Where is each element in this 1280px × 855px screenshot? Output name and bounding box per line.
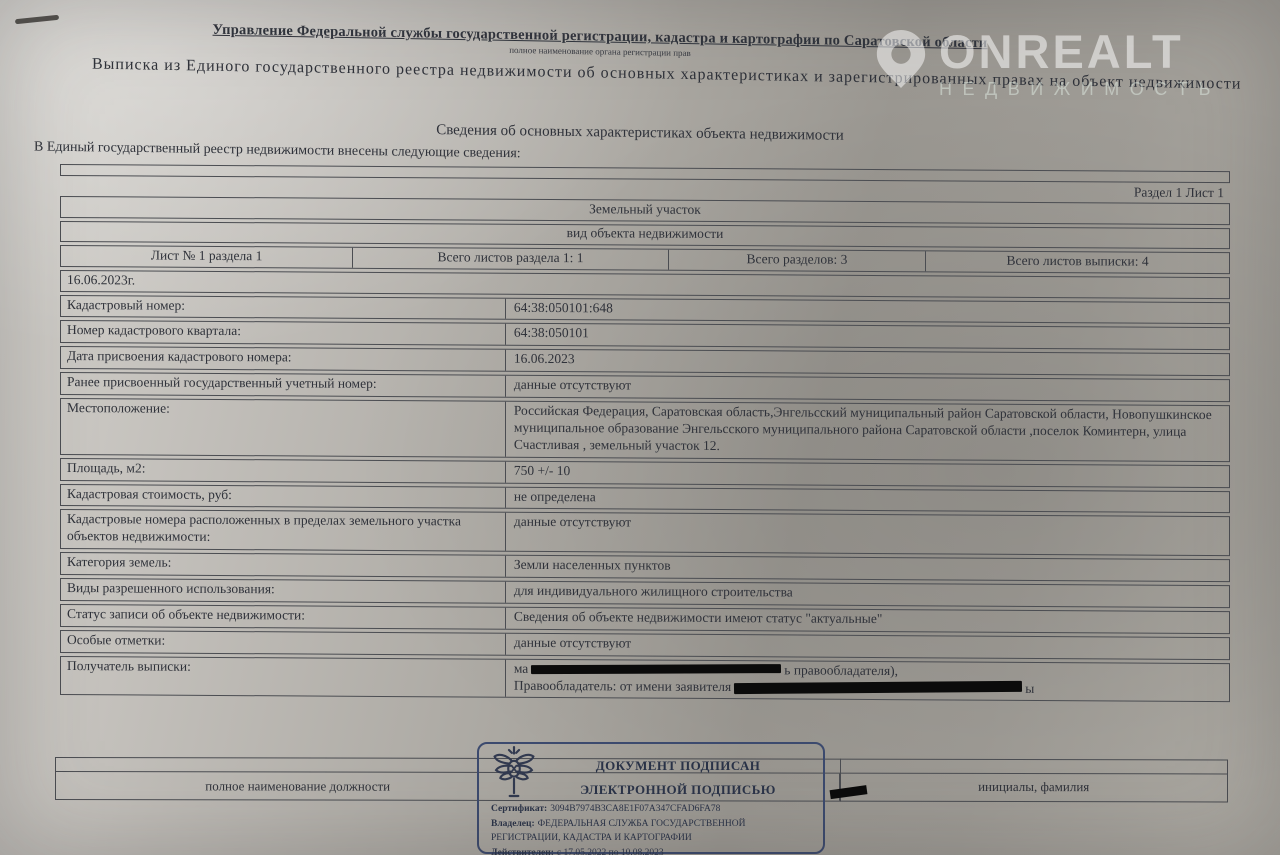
rosreestr-emblem-icon	[491, 744, 537, 807]
table-row: Кадастровая стоимость, руб: не определен…	[60, 484, 1230, 514]
stamp-validity: Действителен:с 17.05.2022 по 10.08.2023	[491, 846, 807, 855]
main-table: Раздел 1 Лист 1 Земельный участок вид об…	[60, 164, 1230, 706]
row-label: Кадастровый номер:	[61, 296, 505, 320]
receiver-line-2: Правообладатель: от имени заявителяы	[514, 677, 1223, 698]
sheet-info-cell: Всего листов раздела 1: 1	[352, 248, 668, 270]
row-value: Российская Федерация, Саратовская област…	[505, 402, 1229, 461]
row-label: Площадь, м2:	[61, 459, 505, 483]
row-label: Ранее присвоенный государственный учетны…	[61, 373, 505, 397]
redaction-bar	[734, 681, 1022, 694]
row-label: Особые отметки:	[61, 631, 505, 655]
sheet-info-cell: Всего разделов: 3	[668, 249, 925, 270]
row-label: Виды разрешенного использования:	[61, 579, 505, 603]
document-photo: Управление Федеральной службы государств…	[0, 0, 1280, 855]
receiver-text: ы	[1025, 680, 1034, 695]
row-value: Сведения об объекте недвижимости имеют с…	[505, 608, 1229, 633]
sheet-info-row: Лист № 1 раздела 1 Всего листов раздела …	[60, 245, 1230, 274]
stamp-owner: Владелец:ФЕДЕРАЛЬНАЯ СЛУЖБА ГОСУДАРСТВЕН…	[491, 817, 807, 846]
row-label: Номер кадастрового квартала:	[61, 321, 505, 345]
row-value: данные отсутствуют	[505, 633, 1229, 658]
stamp-certificate: Сертификат:3094B7974B3CA8E1F07A347CFAD6F…	[491, 802, 807, 817]
row-value: маь правообладателя), Правообладатель: о…	[505, 659, 1229, 701]
row-value: данные отсутствуют	[505, 376, 1229, 401]
table-row: Категория земель: Земли населенных пункт…	[60, 552, 1230, 582]
signature-stamp: ДОКУМЕНТ ПОДПИСАН ЭЛЕКТРОННОЙ ПОДПИСЬЮ С…	[477, 742, 825, 854]
table-row: Кадастровые номера расположенных в преде…	[60, 509, 1230, 556]
table-row: Кадастровый номер: 64:38:050101:648	[60, 295, 1230, 325]
table-row: Дата присвоения кадастрового номера: 16.…	[60, 346, 1230, 376]
object-type-caption-row: вид объекта недвижимости	[60, 221, 1230, 249]
name-label-cell: инициалы, фамилия	[839, 774, 1227, 802]
table-row: Статус записи об объекте недвижимости: С…	[60, 604, 1230, 634]
row-label: Дата присвоения кадастрового номера:	[61, 347, 505, 371]
table-row: Местоположение: Российская Федерация, Са…	[60, 398, 1230, 462]
redaction-bar	[531, 664, 781, 674]
receiver-text: Правообладатель: от имени заявителя	[514, 677, 731, 693]
table-row: Виды разрешенного использования: для инд…	[60, 578, 1230, 608]
row-label: Кадастровая стоимость, руб:	[61, 485, 505, 509]
receiver-text: ма	[514, 660, 528, 675]
row-label: Местоположение:	[61, 399, 505, 456]
stamp-meta: Сертификат:3094B7974B3CA8E1F07A347CFAD6F…	[491, 802, 807, 855]
row-value: 16.06.2023	[505, 350, 1229, 375]
table-row: Номер кадастрового квартала: 64:38:05010…	[60, 320, 1230, 350]
table-row: Площадь, м2: 750 +/- 10	[60, 458, 1230, 488]
row-value: 64:38:050101	[505, 324, 1229, 349]
position-label: полное наименование должности	[205, 778, 390, 794]
row-value: Земли населенных пунктов	[505, 556, 1229, 581]
stamp-title: ДОКУМЕНТ ПОДПИСАН	[541, 758, 815, 774]
receiver-row: Получатель выписки: маь правообладателя)…	[60, 656, 1230, 703]
receiver-text: ь правообладателя),	[784, 662, 898, 678]
date-row: 16.06.2023г.	[60, 270, 1230, 299]
row-label: Получатель выписки:	[61, 657, 505, 697]
row-label: Кадастровые номера расположенных в преде…	[61, 510, 505, 550]
document-header: Управление Федеральной службы государств…	[0, 0, 1280, 94]
row-value: 64:38:050101:648	[505, 298, 1229, 323]
stamp-title: ЭЛЕКТРОННОЙ ПОДПИСЬЮ	[541, 782, 815, 798]
row-label: Статус записи об объекте недвижимости:	[61, 605, 505, 629]
row-value: не определена	[505, 487, 1229, 512]
row-value: для индивидуального жилищного строительс…	[505, 582, 1229, 607]
sheet-info-cell: Всего листов выписки: 4	[925, 251, 1229, 273]
row-label: Категория земель:	[61, 553, 505, 577]
table-row: Особые отметки: данные отсутствуют	[60, 630, 1230, 660]
row-value: данные отсутствуют	[505, 513, 1229, 555]
table-row: Ранее присвоенный государственный учетны…	[60, 372, 1230, 402]
row-value: 750 +/- 10	[505, 461, 1229, 486]
sheet-info-cell: Лист № 1 раздела 1	[61, 246, 352, 268]
